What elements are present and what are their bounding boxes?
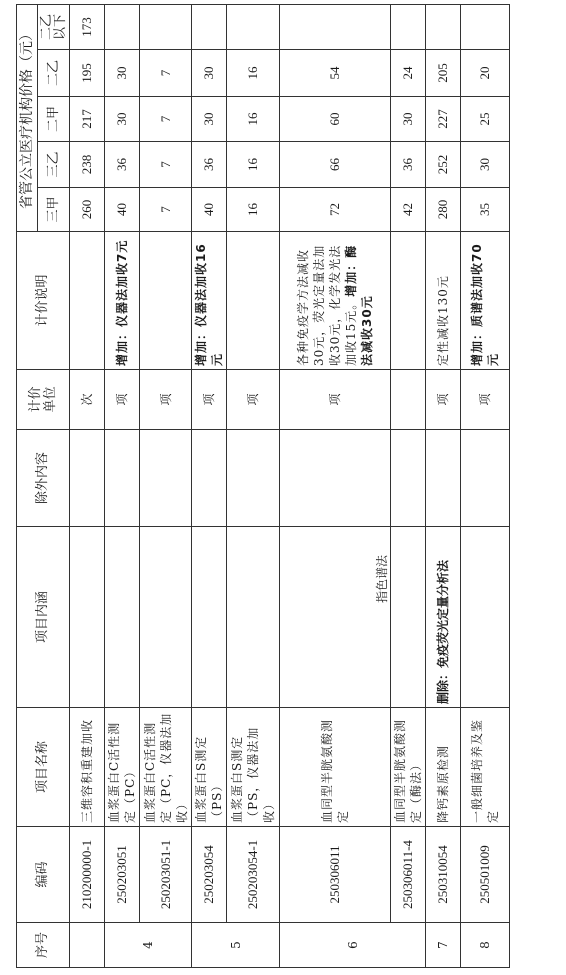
cell-excluded — [426, 430, 461, 527]
cell-unit: 项 — [426, 370, 461, 430]
cell-price-2a: 60 — [280, 97, 391, 142]
cell-excluded — [391, 430, 426, 527]
cell-price-3b: 36 — [105, 142, 140, 188]
content-text: 免疫荧光定量分析法 — [436, 560, 450, 668]
cell-content — [70, 527, 105, 708]
cell-price-3b: 30 — [461, 142, 510, 188]
table-row: 7 250310054 降钙素原检测 删除：免疫荧光定量分析法 项 定性减收13… — [426, 5, 461, 968]
cell-price-3b: 238 — [70, 142, 105, 188]
cell-seq — [70, 923, 105, 968]
cell-price-3b: 7 — [140, 142, 192, 188]
cell-unit: 项 — [140, 370, 192, 430]
cell-content: 指色谱法 — [280, 527, 391, 708]
cell-name: 血浆蛋白S测定（PS） — [192, 708, 227, 827]
cell-content: 删除：免疫荧光定量分析法 — [426, 527, 461, 708]
cell-price-2b: 30 — [105, 50, 140, 97]
cell-price-3b: 36 — [192, 142, 227, 188]
cell-price-below-2b — [461, 5, 510, 50]
cell-name: 血浆蛋白C活性测定（PC，仪器法加收） — [140, 708, 192, 827]
cell-seq: 4 — [105, 923, 192, 968]
header-level-3a: 三甲 — [38, 188, 70, 232]
header-level-2b: 二乙 — [38, 50, 70, 97]
table-row: 250203054-1 血浆蛋白S测定（PS，仪器法加收） 项 16 16 16… — [227, 5, 280, 968]
cell-note — [140, 232, 192, 370]
cell-content — [140, 527, 192, 708]
cell-price-2a: 30 — [391, 97, 426, 142]
cell-price-3a: 42 — [391, 188, 426, 232]
cell-content — [192, 527, 227, 708]
table-row: 5 250203054 血浆蛋白S测定（PS） 项 增加：仪器法加收16元 40… — [192, 5, 227, 968]
cell-content — [461, 527, 510, 708]
cell-price-3a: 260 — [70, 188, 105, 232]
cell-price-below-2b — [426, 5, 461, 50]
cell-unit: 项 — [280, 370, 391, 430]
cell-note — [70, 232, 105, 370]
header-pricing-note: 计价说明 — [17, 232, 70, 370]
cell-excluded — [70, 430, 105, 527]
cell-excluded — [105, 430, 140, 527]
cell-price-below-2b — [391, 5, 426, 50]
cell-price-2b: 16 — [227, 50, 280, 97]
cell-note: 增加：仪器法加收16元 — [192, 232, 227, 370]
cell-name: 血同型半胱氨酸测定 — [280, 708, 391, 827]
cell-price-2b: 205 — [426, 50, 461, 97]
cell-name: 三维容积重建加收 — [70, 708, 105, 827]
header-excluded: 除外内容 — [17, 430, 70, 527]
cell-unit — [391, 370, 426, 430]
cell-name: 血同型半胱氨酸测定（酶法） — [391, 708, 426, 827]
cell-code: 210200000-1 — [70, 827, 105, 923]
header-unit: 计价单位 — [17, 370, 70, 430]
header-price-group: 省管公立医疗机构价格（元） — [17, 5, 38, 232]
cell-note: 定性减收130元 — [426, 232, 461, 370]
note-text: 仪器法加收7元 — [115, 240, 129, 327]
cell-seq: 6 — [280, 923, 426, 968]
cell-unit: 项 — [227, 370, 280, 430]
cell-price-3a: 72 — [280, 188, 391, 232]
cell-code: 250310054 — [426, 827, 461, 923]
cell-price-2b: 7 — [140, 50, 192, 97]
cell-excluded — [192, 430, 227, 527]
header-content: 项目内涵 — [17, 527, 70, 708]
cell-price-2a: 217 — [70, 97, 105, 142]
cell-price-2a: 25 — [461, 97, 510, 142]
cell-code: 250203054-1 — [227, 827, 280, 923]
price-table: 序号 编码 项目名称 项目内涵 除外内容 计价单位 计价说明 省管公立医疗机构价… — [16, 4, 510, 968]
cell-price-3b: 16 — [227, 142, 280, 188]
note-prefix: 增加： — [470, 327, 484, 366]
table-row: 210200000-1 三维容积重建加收 次 260 238 217 195 1… — [70, 5, 105, 968]
cell-price-3a: 280 — [426, 188, 461, 232]
cell-price-2a: 7 — [140, 97, 192, 142]
cell-content — [391, 527, 426, 708]
cell-note — [391, 232, 426, 370]
cell-price-2a: 30 — [192, 97, 227, 142]
content-prefix: 删除： — [436, 668, 450, 704]
cell-name: 血浆蛋白S测定（PS，仪器法加收） — [227, 708, 280, 827]
header-level-2a: 二甲 — [38, 97, 70, 142]
header-seq: 序号 — [17, 923, 70, 968]
cell-price-3a: 7 — [140, 188, 192, 232]
note-prefix: 增加： — [115, 327, 129, 366]
cell-content — [227, 527, 280, 708]
cell-price-2b: 54 — [280, 50, 391, 97]
table-row: 250306011-4 血同型半胱氨酸测定（酶法） 42 36 30 24 — [391, 5, 426, 968]
cell-seq: 5 — [192, 923, 280, 968]
cell-code: 250203051 — [105, 827, 140, 923]
cell-unit: 项 — [461, 370, 510, 430]
cell-price-3a: 40 — [105, 188, 140, 232]
cell-price-3a: 35 — [461, 188, 510, 232]
header-row-1: 序号 编码 项目名称 项目内涵 除外内容 计价单位 计价说明 省管公立医疗机构价… — [17, 5, 38, 968]
cell-seq: 8 — [461, 923, 510, 968]
cell-price-3a: 40 — [192, 188, 227, 232]
cell-code: 250501009 — [461, 827, 510, 923]
cell-name: 降钙素原检测 — [426, 708, 461, 827]
cell-price-2b: 30 — [192, 50, 227, 97]
cell-code: 250306011 — [280, 827, 391, 923]
cell-excluded — [227, 430, 280, 527]
cell-excluded — [280, 430, 391, 527]
cell-price-3a: 16 — [227, 188, 280, 232]
cell-excluded — [461, 430, 510, 527]
cell-excluded — [140, 430, 192, 527]
cell-price-3b: 66 — [280, 142, 391, 188]
cell-price-2b: 195 — [70, 50, 105, 97]
table-row: 8 250501009 一般细菌培养及鉴定 项 增加：质谱法加收70元 35 3… — [461, 5, 510, 968]
cell-code: 250203054 — [192, 827, 227, 923]
cell-code: 250306011-4 — [391, 827, 426, 923]
cell-unit: 项 — [105, 370, 140, 430]
header-level-3b: 三乙 — [38, 142, 70, 188]
cell-name: 血浆蛋白C活性测定（PC） — [105, 708, 140, 827]
cell-price-below-2b — [192, 5, 227, 50]
cell-note: 增加：质谱法加收70元 — [461, 232, 510, 370]
cell-price-3b: 36 — [391, 142, 426, 188]
cell-code: 250203051-1 — [140, 827, 192, 923]
rotated-page: 序号 编码 项目名称 项目内涵 除外内容 计价单位 计价说明 省管公立医疗机构价… — [0, 0, 566, 975]
cell-price-2b: 24 — [391, 50, 426, 97]
cell-price-below-2b — [227, 5, 280, 50]
note-prefix: 增加： — [344, 258, 358, 297]
cell-price-2a: 16 — [227, 97, 280, 142]
cell-price-below-2b — [140, 5, 192, 50]
header-level-below-2b: 二乙以下 — [38, 5, 70, 50]
cell-price-2b: 20 — [461, 50, 510, 97]
cell-price-2a: 30 — [105, 97, 140, 142]
table-row: 250203051-1 血浆蛋白C活性测定（PC，仪器法加收） 项 7 7 7 … — [140, 5, 192, 968]
cell-price-below-2b — [280, 5, 391, 50]
cell-price-below-2b: 173 — [70, 5, 105, 50]
cell-note: 各种免疫学方法减收30元，荧光定量法加收30元，化学发光法加收15元。增加：酶法… — [280, 232, 391, 370]
note-prefix: 增加： — [194, 327, 208, 366]
cell-price-below-2b — [105, 5, 140, 50]
cell-unit: 项 — [192, 370, 227, 430]
table-row: 4 250203051 血浆蛋白C活性测定（PC） 项 增加：仪器法加收7元 4… — [105, 5, 140, 968]
header-name: 项目名称 — [17, 708, 70, 827]
cell-name: 一般细菌培养及鉴定 — [461, 708, 510, 827]
cell-note: 增加：仪器法加收7元 — [105, 232, 140, 370]
cell-note — [227, 232, 280, 370]
cell-unit: 次 — [70, 370, 105, 430]
cell-content — [105, 527, 140, 708]
table-row: 6 250306011 血同型半胱氨酸测定 指色谱法 项 各种免疫学方法减收30… — [280, 5, 391, 968]
cell-price-2a: 227 — [426, 97, 461, 142]
cell-price-3b: 252 — [426, 142, 461, 188]
header-code: 编码 — [17, 827, 70, 923]
cell-seq: 7 — [426, 923, 461, 968]
